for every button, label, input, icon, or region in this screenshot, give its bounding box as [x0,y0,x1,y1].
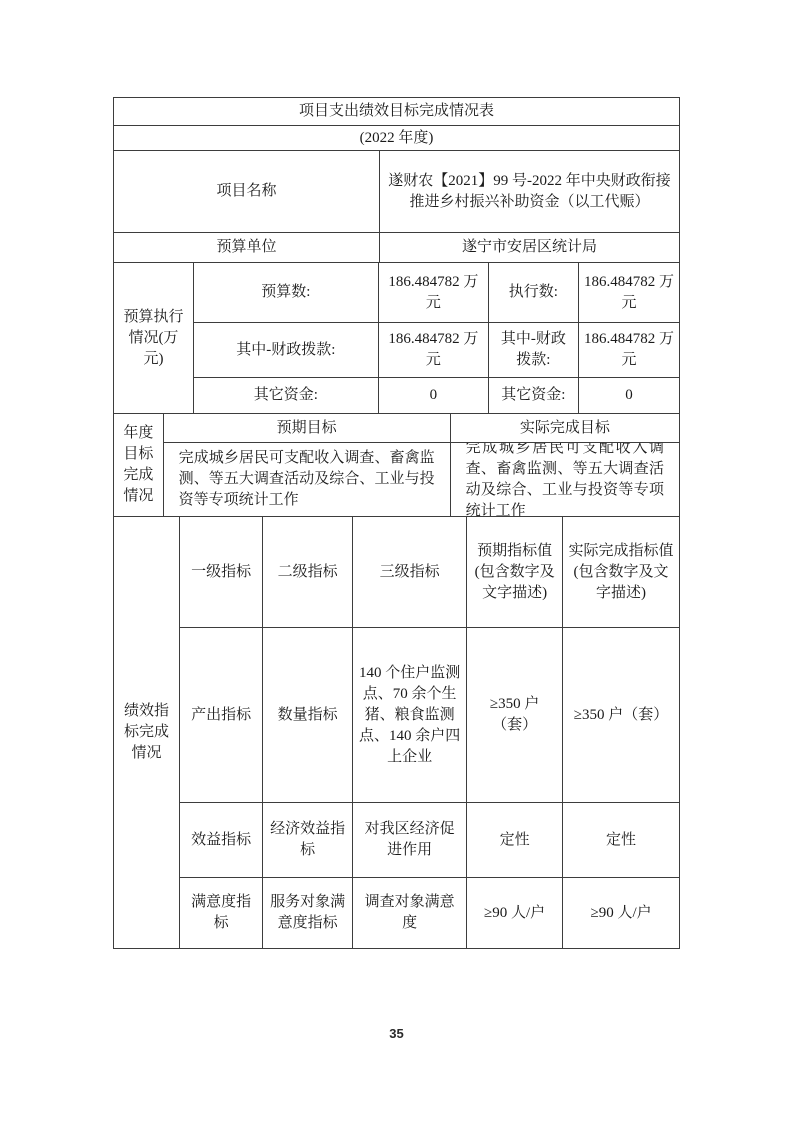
budget-amount-value: 186.484782 万元 [379,263,489,322]
performance-table: 项目支出绩效目标完成情况表 (2022 年度) 项目名称 遂财农【2021】99… [113,97,680,949]
satisfaction-indicator-level1: 满意度指标 [180,878,263,948]
fiscal-executed-label: 其中-财政拨款: [489,323,579,377]
header-actual-value: 实际完成指标值(包含数字及文字描述) [563,517,679,627]
benefit-indicator-expected: 定性 [467,803,563,877]
satisfaction-indicator-expected: ≥90 人/户 [467,878,563,948]
project-name-row: 项目名称 遂财农【2021】99 号-2022 年中央财政衔接推进乡村振兴补助资… [114,151,679,233]
expected-target-text: 完成城乡居民可支配收入调查、畜禽监测、等五大调查活动及综合、工业与投资等专项统计… [169,445,445,514]
annual-targets-label: 年度目标完成情况 [114,414,164,516]
page-number: 35 [0,1026,793,1041]
indicator-row-satisfaction: 满意度指标 服务对象满意度指标 调查对象满意度 ≥90 人/户 ≥90 人/户 [180,878,679,948]
header-level2: 二级指标 [263,517,353,627]
budget-execution-label: 预算执行情况(万元) [114,263,194,413]
project-name-value: 遂财农【2021】99 号-2022 年中央财政衔接推进乡村振兴补助资金（以工代… [380,151,679,232]
indicator-row-output: 产出指标 数量指标 140 个住户监测点、70 余个生猪、粮食监测点、140 余… [180,628,679,803]
budget-row-fiscal: 其中-财政拨款: 186.484782 万元 其中-财政拨款: 186.4847… [194,323,679,378]
table-subtitle-row: (2022 年度) [114,126,679,151]
benefit-indicator-level1: 效益指标 [180,803,263,877]
project-name-label: 项目名称 [114,151,380,232]
table-title-row: 项目支出绩效目标完成情况表 [114,98,679,126]
output-indicator-level1: 产出指标 [180,628,263,802]
annual-targets-rows: 预期目标 实际完成目标 完成城乡居民可支配收入调查、畜禽监测、等五大调查活动及综… [164,414,679,516]
satisfaction-indicator-actual: ≥90 人/户 [563,878,679,948]
performance-indicators-rows: 一级指标 二级指标 三级指标 预期指标值(包含数字及文字描述) 实际完成指标值(… [180,517,679,948]
other-funds-budget-value: 0 [379,378,489,413]
expected-target-cell: 完成城乡居民可支配收入调查、畜禽监测、等五大调查活动及综合、工业与投资等专项统计… [164,443,451,516]
fiscal-executed-value: 186.484782 万元 [579,323,679,377]
indicators-header-row: 一级指标 二级指标 三级指标 预期指标值(包含数字及文字描述) 实际完成指标值(… [180,517,679,628]
annual-targets-header-row: 预期目标 实际完成目标 [164,414,679,443]
benefit-indicator-level2: 经济效益指标 [263,803,353,877]
output-indicator-expected: ≥350 户（套） [467,628,563,802]
actual-target-text: 完成城乡居民可支配收入调查、畜禽监测、等五大调查活动及综合、工业与投资等专项统计… [456,443,674,516]
performance-indicators-label: 绩效指标完成情况 [114,517,180,948]
expected-target-header: 预期目标 [164,414,451,442]
document-page: 项目支出绩效目标完成情况表 (2022 年度) 项目名称 遂财农【2021】99… [0,0,793,1122]
benefit-indicator-actual: 定性 [563,803,679,877]
table-title: 项目支出绩效目标完成情况表 [114,98,679,125]
budget-row-total: 预算数: 186.484782 万元 执行数: 186.484782 万元 [194,263,679,323]
fiscal-budget-value: 186.484782 万元 [379,323,489,377]
output-indicator-level2: 数量指标 [263,628,353,802]
satisfaction-indicator-level3: 调查对象满意度 [353,878,467,948]
output-indicator-level3: 140 个住户监测点、70 余个生猪、粮食监测点、140 余户四上企业 [353,628,467,802]
budget-execution-rows: 预算数: 186.484782 万元 执行数: 186.484782 万元 其中… [194,263,679,413]
table-subtitle: (2022 年度) [114,126,679,150]
header-level3: 三级指标 [353,517,467,627]
executed-amount-value: 186.484782 万元 [579,263,679,322]
budget-execution-section: 预算执行情况(万元) 预算数: 186.484782 万元 执行数: 186.4… [114,263,679,414]
performance-indicators-section: 绩效指标完成情况 一级指标 二级指标 三级指标 预期指标值(包含数字及文字描述)… [114,517,679,948]
budget-unit-value: 遂宁市安居区统计局 [380,233,679,262]
header-expected-value: 预期指标值(包含数字及文字描述) [467,517,563,627]
actual-target-cell: 完成城乡居民可支配收入调查、畜禽监测、等五大调查活动及综合、工业与投资等专项统计… [451,443,679,516]
budget-unit-row: 预算单位 遂宁市安居区统计局 [114,233,679,263]
header-level1: 一级指标 [180,517,263,627]
fiscal-budget-label: 其中-财政拨款: [194,323,379,377]
other-funds-executed-label: 其它资金: [489,378,579,413]
other-funds-budget-label: 其它资金: [194,378,379,413]
annual-targets-section: 年度目标完成情况 预期目标 实际完成目标 完成城乡居民可支配收入调查、畜禽监测、… [114,414,679,517]
other-funds-executed-value: 0 [579,378,679,413]
actual-target-header: 实际完成目标 [451,414,679,442]
executed-amount-label: 执行数: [489,263,579,322]
output-indicator-actual: ≥350 户（套） [563,628,679,802]
annual-targets-content-row: 完成城乡居民可支配收入调查、畜禽监测、等五大调查活动及综合、工业与投资等专项统计… [164,443,679,516]
budget-amount-label: 预算数: [194,263,379,322]
indicator-row-benefit: 效益指标 经济效益指标 对我区经济促进作用 定性 定性 [180,803,679,878]
benefit-indicator-level3: 对我区经济促进作用 [353,803,467,877]
satisfaction-indicator-level2: 服务对象满意度指标 [263,878,353,948]
budget-unit-label: 预算单位 [114,233,380,262]
budget-row-other: 其它资金: 0 其它资金: 0 [194,378,679,413]
